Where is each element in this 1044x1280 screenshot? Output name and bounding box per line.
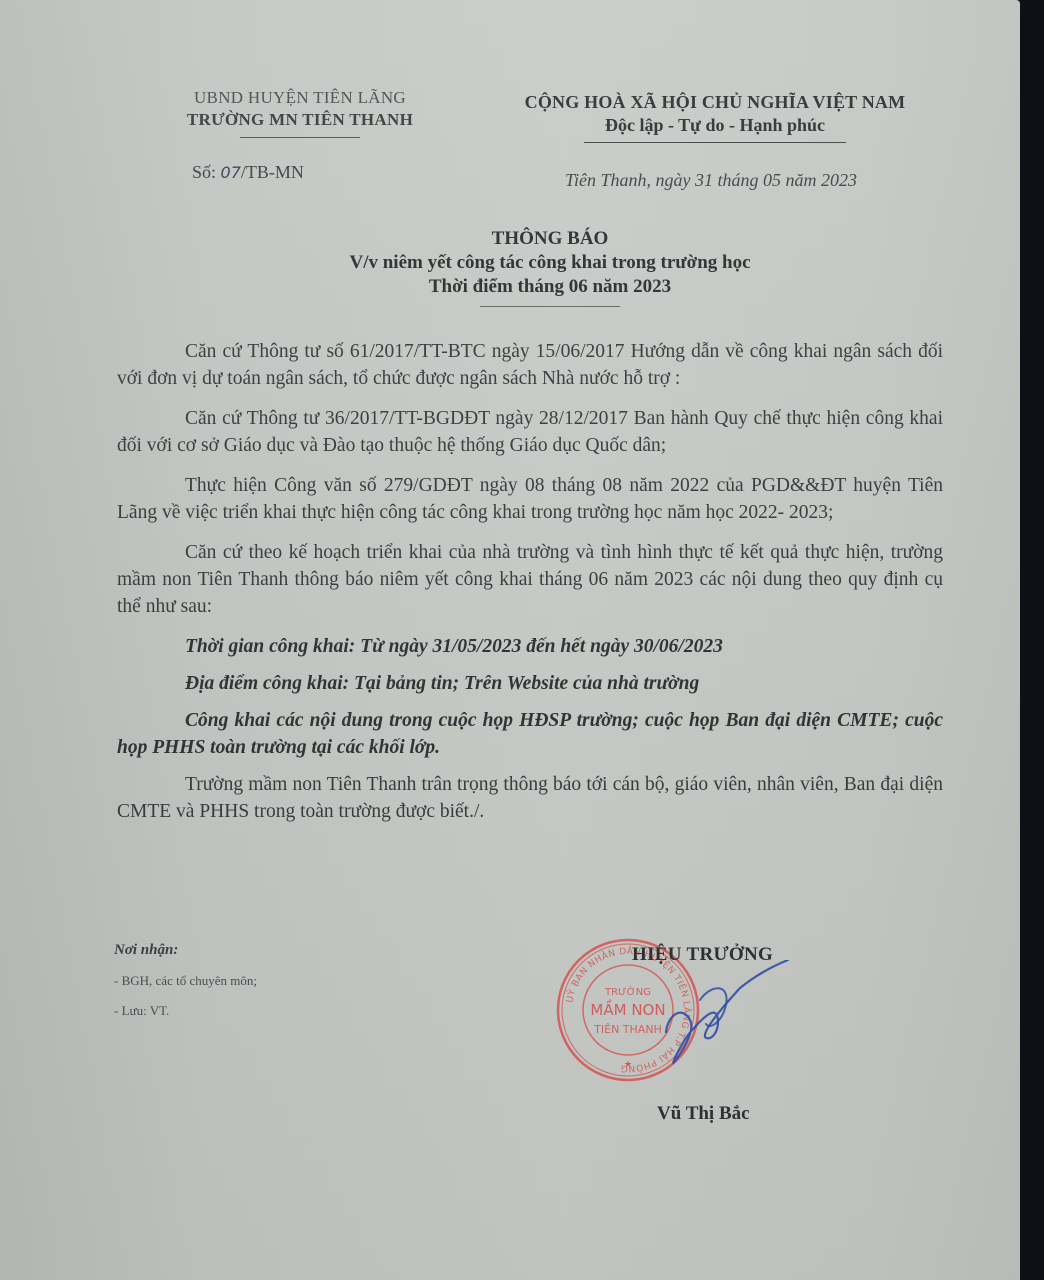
number-suffix: /TB-MN [241, 162, 304, 182]
issuing-authority-block: UBND HUYỆN TIÊN LÃNG TRƯỜNG MN TIÊN THAN… [100, 88, 500, 138]
national-title: CỘNG HOÀ XÃ HỘI CHỦ NGHĨA VIỆT NAM [480, 92, 950, 113]
document-page: UBND HUYỆN TIÊN LÃNG TRƯỜNG MN TIÊN THAN… [0, 0, 1020, 1280]
recipients-title: Nơi nhận: [114, 942, 257, 959]
document-body: Căn cứ Thông tư số 61/2017/TT-BTC ngày 1… [117, 338, 943, 838]
publication-time: Thời gian công khai: Từ ngày 31/05/2023 … [117, 633, 943, 660]
paragraph-announcement: Căn cứ theo kế hoạch triển khai của nhà … [117, 539, 943, 620]
national-motto: Độc lập - Tự do - Hạnh phúc [480, 115, 950, 136]
number-handwritten: 07 [221, 163, 241, 182]
svg-text:TIÊN THANH: TIÊN THANH [593, 1023, 662, 1036]
recipients-block: Nơi nhận: - BGH, các tổ chuyên môn; - Lư… [114, 942, 257, 1019]
divider [240, 137, 360, 138]
recipient-item: - BGH, các tổ chuyên môn; [114, 973, 257, 989]
divider [480, 306, 620, 307]
publication-content: Công khai các nội dung trong cuộc họp HĐ… [117, 707, 943, 761]
document-period: Thời điểm tháng 06 năm 2023 [200, 276, 900, 298]
national-header-block: CỘNG HOÀ XÃ HỘI CHỦ NGHĨA VIỆT NAM Độc l… [480, 92, 950, 143]
signer-position: HIỆU TRƯỞNG [632, 944, 773, 966]
closing-paragraph: Trường mầm non Tiên Thanh trân trọng thô… [117, 771, 943, 825]
svg-text:★: ★ [624, 1060, 632, 1070]
document-subject: V/v niêm yết công tác công khai trong tr… [200, 252, 900, 274]
place-date: Tiên Thanh, ngày 31 tháng 05 năm 2023 [565, 170, 857, 191]
paragraph-implementation: Thực hiện Công văn số 279/GDĐT ngày 08 t… [117, 472, 943, 526]
document-number: Số: 07/TB-MN [192, 162, 304, 183]
handwritten-signature-icon [660, 960, 800, 1070]
divider [584, 142, 846, 143]
recipient-item: - Lưu: VT. [114, 1003, 257, 1019]
number-prefix: Số: [192, 162, 221, 182]
publication-place: Địa điểm công khai: Tại bảng tin; Trên W… [117, 670, 943, 697]
paragraph-legal-basis-1: Căn cứ Thông tư số 61/2017/TT-BTC ngày 1… [117, 338, 943, 392]
document-title-block: THÔNG BÁO V/v niêm yết công tác công kha… [200, 228, 900, 307]
signer-name: Vũ Thị Bắc [657, 1103, 750, 1125]
svg-text:TRƯỜNG: TRƯỜNG [604, 985, 651, 998]
svg-text:MẦM NON: MẦM NON [590, 998, 665, 1019]
authority-name: UBND HUYỆN TIÊN LÃNG [100, 88, 500, 108]
paragraph-legal-basis-2: Căn cứ Thông tư 36/2017/TT-BGDĐT ngày 28… [117, 405, 943, 459]
document-type: THÔNG BÁO [200, 228, 900, 250]
school-name: TRƯỜNG MN TIÊN THANH [100, 110, 500, 130]
